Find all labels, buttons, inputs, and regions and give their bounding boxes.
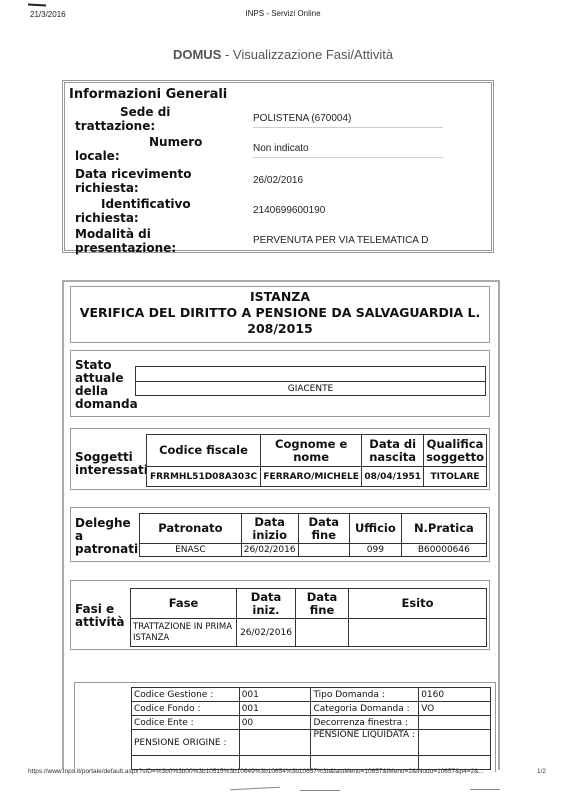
cell-fase: TRATTAZIONE IN PRIMA ISTANZA [131, 619, 237, 647]
istanza-heading: ISTANZA [71, 289, 489, 305]
cell-qualifica: TITOLARE [424, 467, 487, 487]
info-label-line: locale: [75, 149, 245, 163]
dettagli-section: Codice Gestione : 001 Tipo Domanda : 016… [74, 682, 496, 772]
info-label-line: richiesta: [75, 211, 245, 225]
cell-value [239, 730, 311, 756]
label-line: domanda [75, 398, 138, 411]
cell-value: 001 [239, 688, 311, 702]
info-label: Numero locale: [75, 135, 245, 163]
info-value: 26/02/2016 [253, 175, 303, 186]
cell-value [419, 730, 491, 756]
info-label-line: trattazione: [75, 119, 245, 133]
page-title-separator: - [221, 47, 233, 62]
cell-patronato: ENASC [140, 544, 242, 557]
soggetti-table: Codice fiscale Cognome e nome Data di na… [146, 434, 487, 487]
fasi-table: Fase Data iniz. Data fine Esito TRATTAZI… [130, 588, 487, 647]
stato-section: Stato attuale della domanda GIACENTE [70, 350, 490, 417]
stato-value: GIACENTE [136, 382, 486, 396]
info-label-line: Numero [75, 135, 245, 149]
stato-empty-cell [136, 367, 486, 382]
info-value: Non indicato [253, 143, 309, 154]
table-row: PENSIONE ORIGINE : PENSIONE LIQUIDATA : [132, 730, 491, 756]
scan-mark [300, 790, 340, 791]
cell-label: PENSIONE LIQUIDATA : [311, 730, 419, 756]
col-codice-fiscale: Codice fiscale [147, 435, 261, 467]
deleghe-table: Patronato Data inizio Data fine Ufficio … [139, 513, 487, 557]
cell-label: Codice Fondo : [132, 702, 240, 716]
istanza-subtitle-line: VERIFICA DEL DIRITTO A PENSIONE DA SALVA… [71, 305, 489, 321]
info-underline [253, 157, 443, 158]
col-cognome-nome: Cognome e nome [261, 435, 362, 467]
cell-label: Decorrenza finestra : [311, 716, 419, 730]
cell-value: 001 [239, 702, 311, 716]
info-value: 2140699600190 [253, 205, 325, 216]
info-label-line: Identificativo [75, 197, 245, 211]
info-label-line: Modalità di [75, 227, 245, 241]
info-label: Modalità di presentazione: [75, 227, 245, 255]
cell-label: Tipo Domanda : [311, 688, 419, 702]
info-generali-title: Informazioni Generali [69, 87, 227, 102]
table-row: Codice Gestione : 001 Tipo Domanda : 016… [132, 688, 491, 702]
cell-value: 0160 [419, 688, 491, 702]
cell-data-inizio: 26/02/2016 [241, 544, 298, 557]
print-header-title: INPS - Servizi Online [0, 9, 566, 18]
col-fase: Fase [131, 589, 237, 619]
col-data-fine: Data fine [296, 589, 349, 619]
soggetti-label: Soggetti interessati [75, 451, 148, 477]
scan-mark [470, 789, 500, 790]
label-line: Deleghe [75, 517, 138, 530]
cell-label: Codice Ente : [132, 716, 240, 730]
stato-table: GIACENTE [135, 366, 486, 396]
cell-label: Categoria Domanda : [311, 702, 419, 716]
cell-value [419, 716, 491, 730]
print-footer-url: https://www.inps.it/portale/default.aspx… [28, 768, 484, 775]
cell-codice-fiscale: FRRMHL51D08A303C [147, 467, 261, 487]
table-row: TRATTAZIONE IN PRIMA ISTANZA 26/02/2016 [131, 619, 487, 647]
info-label: Sede di trattazione: [75, 105, 245, 133]
col-qualifica: Qualifica soggetto [424, 435, 487, 467]
info-label-line: Sede di [75, 105, 245, 119]
info-label: Data ricevimento richiesta: [75, 167, 245, 195]
fasi-label: Fasi e attività [75, 603, 124, 629]
col-data-inizio: Data inizio [241, 514, 298, 544]
print-page-indicator: 1/2 [537, 768, 546, 775]
cell-n-pratica: B60000646 [401, 544, 486, 557]
cell-data-fine [296, 619, 349, 647]
cell-data-fine [298, 544, 349, 557]
cell-value: VO [419, 702, 491, 716]
cell-data-iniz: 26/02/2016 [237, 619, 296, 647]
cell-esito [349, 619, 487, 647]
cell-ufficio: 099 [349, 544, 401, 557]
istanza-header: ISTANZA VERIFICA DEL DIRITTO A PENSIONE … [70, 286, 490, 343]
stato-label: Stato attuale della domanda [75, 359, 138, 411]
table-row: ENASC 26/02/2016 099 B60000646 [140, 544, 487, 557]
info-label-line: Data ricevimento [75, 167, 245, 181]
page-title: DOMUS - Visualizzazione Fasi/Attività [0, 47, 566, 62]
col-data-fine: Data fine [298, 514, 349, 544]
cell-label: PENSIONE ORIGINE : [132, 730, 240, 756]
cell-data-nascita: 08/04/1951 [362, 467, 424, 487]
table-row: Codice Fondo : 001 Categoria Domanda : V… [132, 702, 491, 716]
label-line: interessati [75, 464, 148, 477]
info-label-line: richiesta: [75, 181, 245, 195]
col-ufficio: Ufficio [349, 514, 401, 544]
page-title-text: Visualizzazione Fasi/Attività [233, 47, 393, 62]
col-esito: Esito [349, 589, 487, 619]
deleghe-section: Deleghe a patronati Patronato Data inizi… [70, 507, 490, 562]
fasi-section: Fasi e attività Fase Data iniz. Data fin… [70, 580, 490, 650]
col-data-iniz: Data iniz. [237, 589, 296, 619]
page-title-brand: DOMUS [173, 47, 221, 62]
info-underline [253, 127, 443, 128]
label-line: patronati [75, 543, 138, 556]
scan-mark [230, 787, 280, 791]
info-label: Identificativo richiesta: [75, 197, 245, 225]
deleghe-label: Deleghe a patronati [75, 517, 138, 556]
cell-label: Codice Gestione : [132, 688, 240, 702]
info-value: PERVENUTA PER VIA TELEMATICA D [253, 235, 428, 246]
dettagli-table: Codice Gestione : 001 Tipo Domanda : 016… [131, 687, 491, 770]
cell-cognome-nome: FERRARO/MICHELE [261, 467, 362, 487]
istanza-subtitle-line: 208/2015 [71, 321, 489, 337]
soggetti-section: Soggetti interessati Codice fiscale Cogn… [70, 428, 490, 490]
info-label-line: presentazione: [75, 241, 245, 255]
label-line: attività [75, 616, 124, 629]
cell-value: 00 [239, 716, 311, 730]
scan-mark [28, 4, 46, 7]
table-row: FRRMHL51D08A303C FERRARO/MICHELE 08/04/1… [147, 467, 487, 487]
col-data-nascita: Data di nascita [362, 435, 424, 467]
col-n-pratica: N.Pratica [401, 514, 486, 544]
table-row: Codice Ente : 00 Decorrenza finestra : [132, 716, 491, 730]
info-generali-panel: Informazioni Generali Sede di trattazion… [62, 80, 494, 253]
col-patronato: Patronato [140, 514, 242, 544]
info-value: POLISTENA (670004) [253, 113, 351, 124]
